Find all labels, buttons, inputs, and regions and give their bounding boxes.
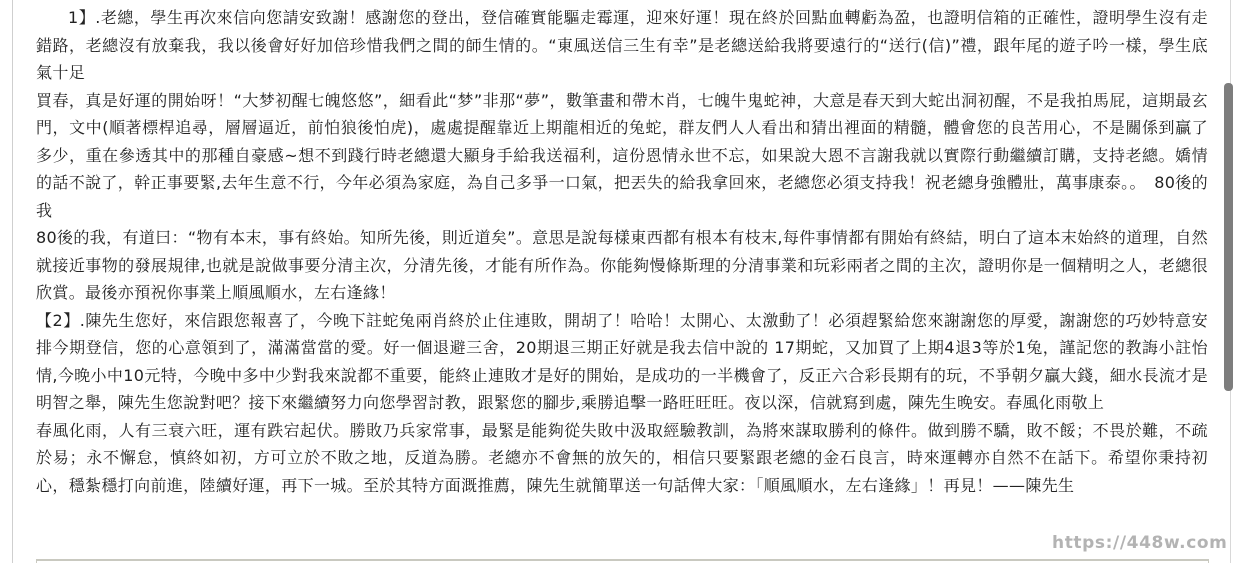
reply-2-paragraph: 春風化雨，人有三衰六旺，運有跌宕起伏。勝敗乃兵家常事，最緊是能夠從失敗中汲取經驗… xyxy=(36,417,1208,500)
letter-2-paragraph: 【2】.陳先生您好，來信跟您報喜了，今晚下註蛇兔兩肖終於止住連敗，開胡了！哈哈！… xyxy=(36,307,1208,417)
article-content: 1】.老總，學生再次來信向您請安致謝！感謝您的登出，登信確實能驅走霉運，迎來好運… xyxy=(36,4,1208,499)
next-section-box xyxy=(36,559,1209,563)
scrollbar-thumb[interactable] xyxy=(1224,83,1233,391)
reply-1-paragraph: 80後的我，有道曰：“物有本末，事有終始。知所先後，則近道矣”。意思是說每樣東西… xyxy=(36,224,1208,307)
letter-1-paragraph-2: 買春，真是好運的開始呀！“大梦初醒七魄悠悠”，細看此“梦”非那“夢”，數筆畫和帶… xyxy=(36,87,1208,225)
page-left-border xyxy=(12,0,13,563)
letter-1-paragraph-1: 1】.老總，學生再次來信向您請安致謝！感謝您的登出，登信確實能驅走霉運，迎來好運… xyxy=(36,4,1208,87)
site-watermark: https://448w.com xyxy=(1052,533,1228,553)
